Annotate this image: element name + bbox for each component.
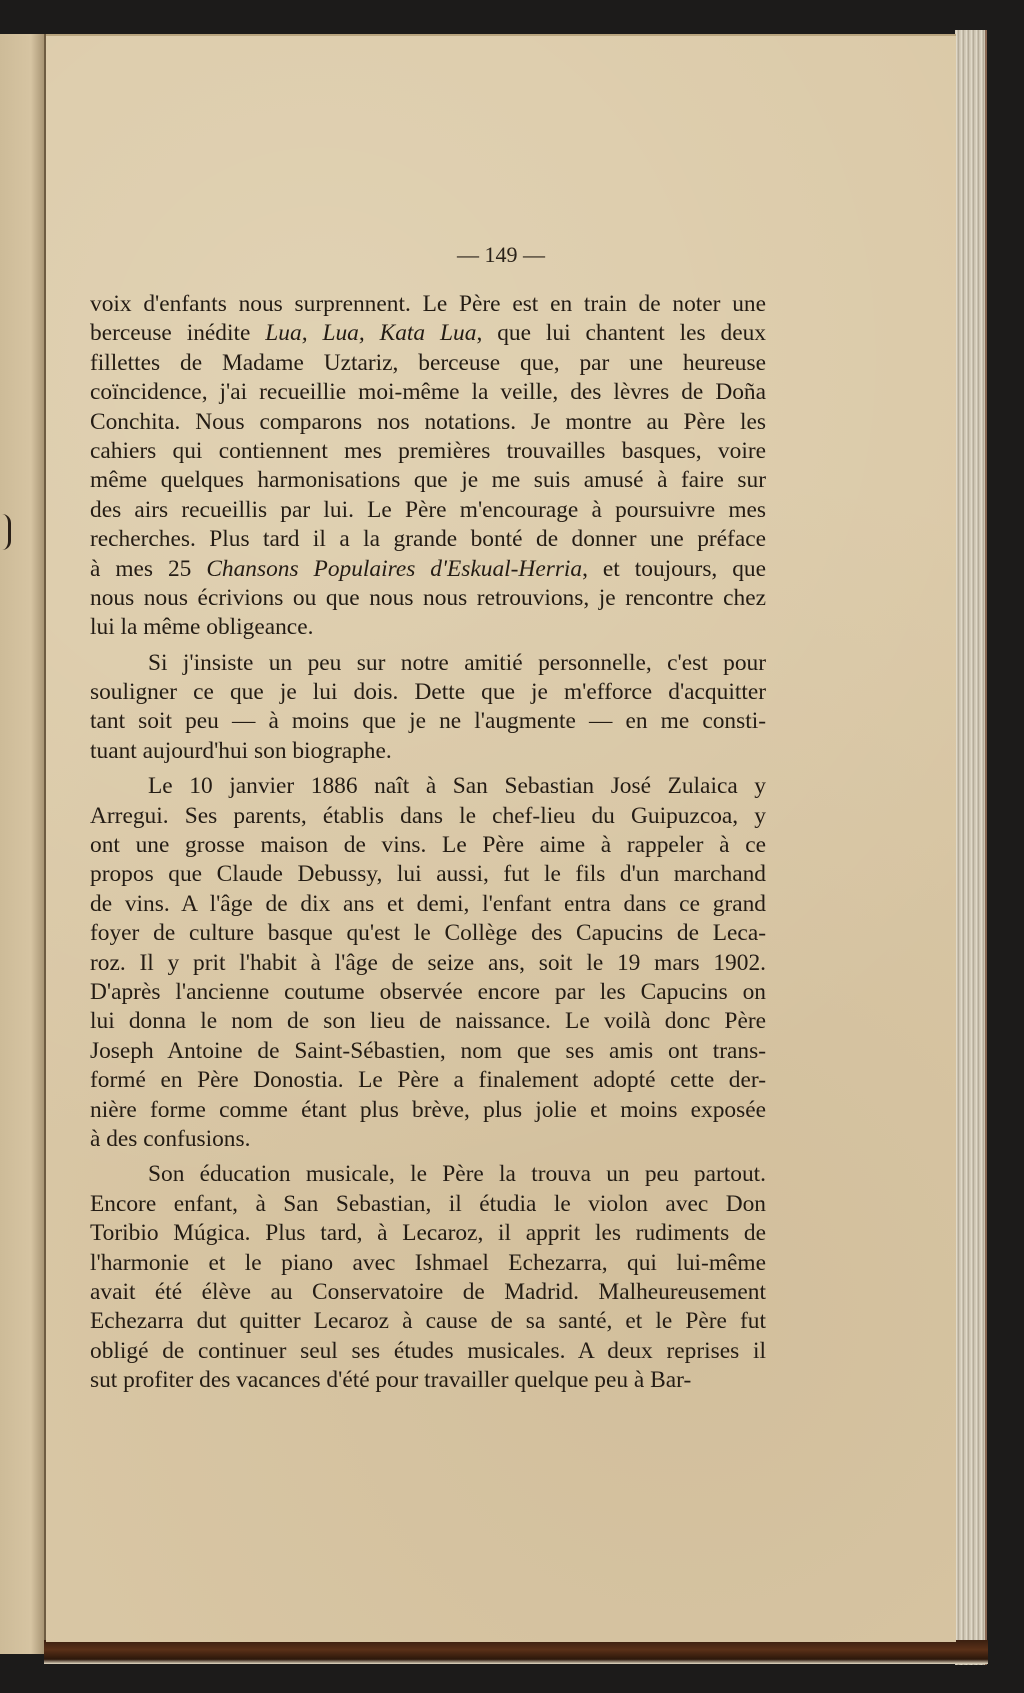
book-page: — 149 — voix d'enfants nous surprennent.…	[46, 34, 956, 1642]
text-line: nous nous écrivions ou que nous nous ret…	[90, 584, 766, 613]
text-line: coïncidence, j'ai recueillie moi-même la…	[90, 378, 766, 407]
text-line: obligé de continuer seul ses études musi…	[90, 1337, 766, 1366]
text-line: Son éducation musicale, le Père la trouv…	[90, 1160, 766, 1189]
text-line: formé en Père Donostia. Le Père a finale…	[90, 1066, 766, 1095]
text-line: l'harmonie et le piano avec Ishmael Eche…	[90, 1249, 766, 1278]
page-stack-edge	[955, 30, 987, 1665]
text-line: voix d'enfants nous surprennent. Le Père…	[90, 290, 766, 319]
text-line: propos que Claude Debussy, lui aussi, fu…	[90, 860, 766, 889]
text-line: Conchita. Nous comparons nos notations. …	[90, 408, 766, 437]
book-bottom-edge	[44, 1640, 988, 1664]
page-number: — 149 —	[46, 242, 956, 268]
text-line: Encore enfant, à San Sebastian, il étudi…	[90, 1190, 766, 1219]
text-line: Joseph Antoine de Saint-Sébastien, nom q…	[90, 1037, 766, 1066]
text-line: foyer de culture basque qu'est le Collèg…	[90, 919, 766, 948]
text-line: Si j'insiste un peu sur notre amitié per…	[90, 649, 766, 678]
text-line: lui donna le nom de son lieu de naissanc…	[90, 1007, 766, 1036]
text-line: même quelques harmonisations que je me s…	[90, 466, 766, 495]
paragraph-p4: Son éducation musicale, le Père la trouv…	[90, 1160, 766, 1395]
text-line: souligner ce que je lui dois. Dette que …	[90, 678, 766, 707]
text-line: Le 10 janvier 1886 naît à San Sebastian …	[90, 772, 766, 801]
text-line: sut profiter des vacances d'été pour tra…	[90, 1366, 766, 1395]
text-line: berceuse inédite Lua, Lua, Kata Lua, que…	[90, 319, 766, 348]
facing-page-edge	[0, 34, 46, 1654]
text-line: de vins. A l'âge de dix ans et demi, l'e…	[90, 890, 766, 919]
text-line: cahiers qui contiennent mes premières tr…	[90, 437, 766, 466]
text-line: avait été élève au Conservatoire de Madr…	[90, 1278, 766, 1307]
text-line: lui la même obligeance.	[90, 613, 766, 642]
text-line: à des confusions.	[90, 1125, 766, 1154]
text-line: Echezarra dut quitter Lecaroz à cause de…	[90, 1307, 766, 1336]
text-line: tuant aujourd'hui son biographe.	[90, 737, 766, 766]
text-line: Arregui. Ses parents, établis dans le ch…	[90, 802, 766, 831]
text-line: à mes 25 Chansons Populaires d'Eskual-He…	[90, 555, 766, 584]
paragraph-p1: voix d'enfants nous surprennent. Le Père…	[90, 290, 766, 643]
text-line: nière forme comme étant plus brève, plus…	[90, 1096, 766, 1125]
text-line: recherches. Plus tard il a la grande bon…	[90, 525, 766, 554]
body-text: voix d'enfants nous surprennent. Le Père…	[90, 290, 766, 1395]
facing-page-bracket-mark	[2, 514, 11, 550]
paragraph-p3: Le 10 janvier 1886 naît à San Sebastian …	[90, 772, 766, 1154]
text-line: des airs recueillis par lui. Le Père m'e…	[90, 496, 766, 525]
text-line: tant soit peu — à moins que je ne l'augm…	[90, 707, 766, 736]
text-line: Toribio Múgica. Plus tard, à Lecaroz, il…	[90, 1219, 766, 1248]
text-line: ont une grosse maison de vins. Le Père a…	[90, 831, 766, 860]
text-line: roz. Il y prit l'habit à l'âge de seize …	[90, 949, 766, 978]
paragraph-p2: Si j'insiste un peu sur notre amitié per…	[90, 649, 766, 767]
text-line: D'après l'ancienne coutume observée enco…	[90, 978, 766, 1007]
text-line: fillettes de Madame Uztariz, berceuse qu…	[90, 349, 766, 378]
